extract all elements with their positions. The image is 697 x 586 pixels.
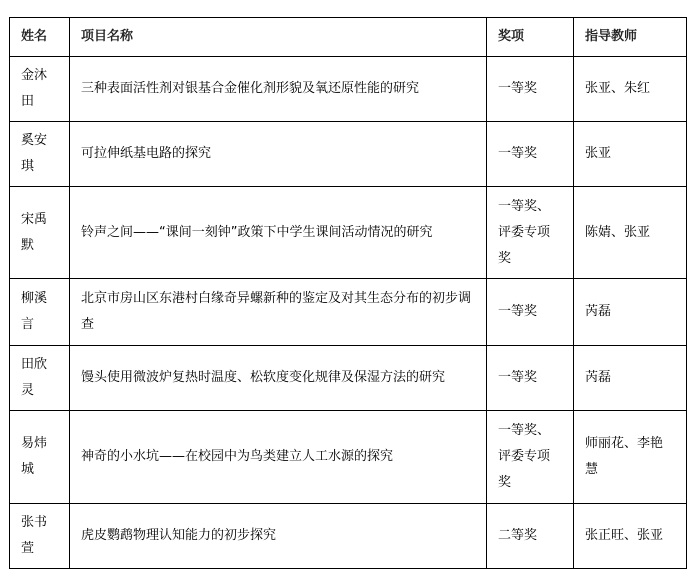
table-row: 奚安琪 可拉伸纸基电路的探究 一等奖 张亚 [10, 122, 687, 187]
header-name: 姓名 [10, 18, 70, 57]
header-teacher: 指导教师 [574, 18, 687, 57]
table-row: 金沐田 三种表面活性剂对银基合金催化剂形貌及氧还原性能的研究 一等奖 张亚、朱红 [10, 57, 687, 122]
teacher: 芮磊 [574, 346, 687, 411]
award: 一等奖 [487, 122, 574, 187]
student-name: 易炜城 [10, 411, 70, 504]
table-header-row: 姓名 项目名称 奖项 指导教师 [10, 18, 687, 57]
table-row: 张书萱 虎皮鹦鹉物理认知能力的初步探究 二等奖 张正旺、张亚 [10, 504, 687, 569]
award: 一等奖 [487, 57, 574, 122]
student-name: 田欣灵 [10, 346, 70, 411]
table-row: 易炜城 神奇的小水坑——在校园中为鸟类建立人工水源的探究 一等奖、评委专项奖 师… [10, 411, 687, 504]
table-row: 宋禹默 铃声之间——“课间一刻钟”政策下中学生课间活动情况的研究 一等奖、评委专… [10, 187, 687, 279]
project-title: 三种表面活性剂对银基合金催化剂形貌及氧还原性能的研究 [70, 57, 487, 122]
teacher: 张亚、朱红 [574, 57, 687, 122]
header-project: 项目名称 [70, 18, 487, 57]
award: 一等奖 [487, 279, 574, 346]
table-row: 田欣灵 馒头使用微波炉复热时温度、松软度变化规律及保湿方法的研究 一等奖 芮磊 [10, 346, 687, 411]
table-row: 柳溪言 北京市房山区东港村白缘奇异螺新种的鉴定及对其生态分布的初步调查 一等奖 … [10, 279, 687, 346]
student-name: 宋禹默 [10, 187, 70, 279]
student-name: 奚安琪 [10, 122, 70, 187]
student-name: 金沐田 [10, 57, 70, 122]
award: 二等奖 [487, 504, 574, 569]
award: 一等奖、评委专项奖 [487, 411, 574, 504]
teacher: 张亚 [574, 122, 687, 187]
teacher: 芮磊 [574, 279, 687, 346]
project-title: 北京市房山区东港村白缘奇异螺新种的鉴定及对其生态分布的初步调查 [70, 279, 487, 346]
teacher: 张正旺、张亚 [574, 504, 687, 569]
awards-table: 姓名 项目名称 奖项 指导教师 金沐田 三种表面活性剂对银基合金催化剂形貌及氧还… [9, 17, 687, 569]
header-award: 奖项 [487, 18, 574, 57]
project-title: 神奇的小水坑——在校园中为鸟类建立人工水源的探究 [70, 411, 487, 504]
award: 一等奖、评委专项奖 [487, 187, 574, 279]
project-title: 虎皮鹦鹉物理认知能力的初步探究 [70, 504, 487, 569]
project-title: 铃声之间——“课间一刻钟”政策下中学生课间活动情况的研究 [70, 187, 487, 279]
award: 一等奖 [487, 346, 574, 411]
student-name: 张书萱 [10, 504, 70, 569]
project-title: 馒头使用微波炉复热时温度、松软度变化规律及保湿方法的研究 [70, 346, 487, 411]
teacher: 师丽花、李艳慧 [574, 411, 687, 504]
project-title: 可拉伸纸基电路的探究 [70, 122, 487, 187]
teacher: 陈婧、张亚 [574, 187, 687, 279]
student-name: 柳溪言 [10, 279, 70, 346]
